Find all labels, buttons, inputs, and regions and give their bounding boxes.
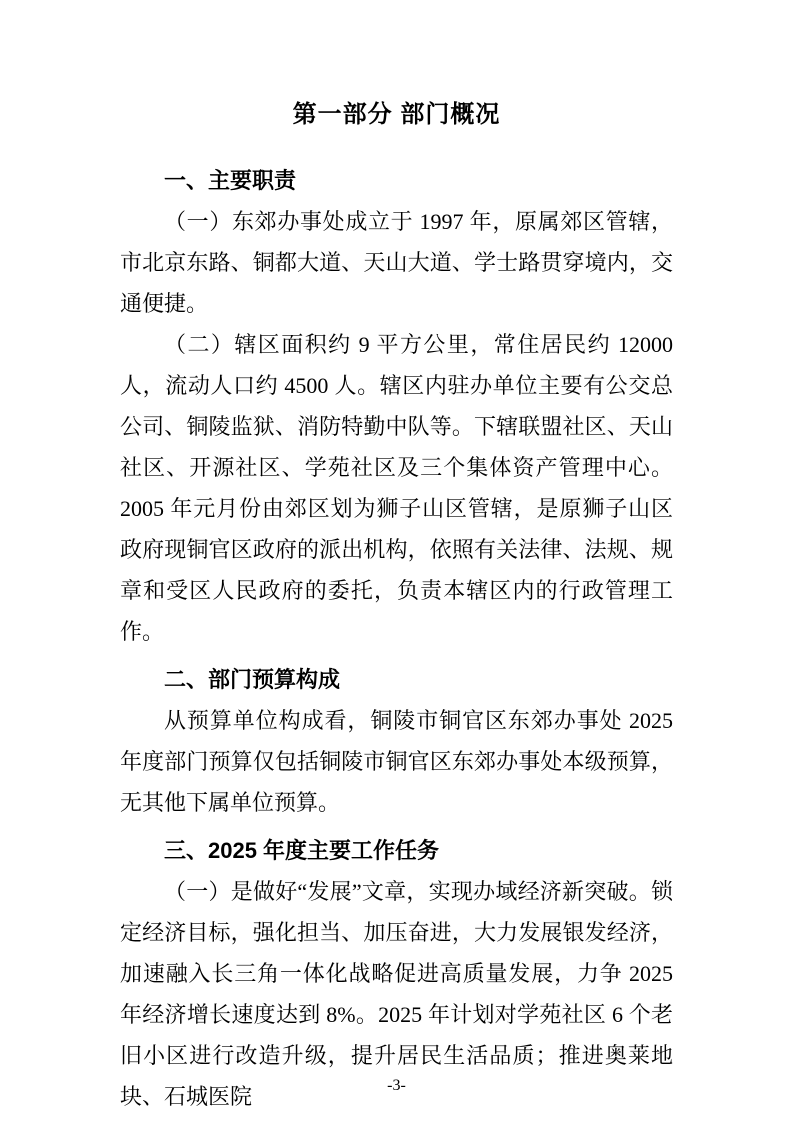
document-content: 第一部分 部门概况 一、主要职责 （一）东郊办事处成立于 1997 年，原属郊区… — [120, 98, 673, 1117]
section-heading-main-duties: 一、主要职责 — [120, 160, 673, 201]
page-title: 第一部分 部门概况 — [120, 98, 673, 132]
page-number: -3- — [0, 1076, 793, 1096]
paragraph: （一）东郊办事处成立于 1997 年，原属郊区管辖，市北京东路、铜都大道、天山大… — [120, 201, 673, 324]
paragraph: （二）辖区面积约 9 平方公里，常住居民约 12000 人，流动人口约 4500… — [120, 324, 673, 652]
section-budget-composition: 二、部门预算构成 从预算单位构成看，铜陵市铜官区东郊办事处 2025 年度部门预… — [120, 659, 673, 823]
section-main-duties: 一、主要职责 （一）东郊办事处成立于 1997 年，原属郊区管辖，市北京东路、铜… — [120, 160, 673, 652]
paragraph: 从预算单位构成看，铜陵市铜官区东郊办事处 2025 年度部门预算仅包括铜陵市铜官… — [120, 700, 673, 823]
document-page: 第一部分 部门概况 一、主要职责 （一）东郊办事处成立于 1997 年，原属郊区… — [0, 0, 793, 1122]
section-heading-budget-composition: 二、部门预算构成 — [120, 659, 673, 700]
section-heading-2025-work-tasks: 三、2025 年度主要工作任务 — [120, 830, 673, 871]
section-2025-work-tasks: 三、2025 年度主要工作任务 （一）是做好“发展”文章，实现办域经济新突破。锁… — [120, 830, 673, 1117]
